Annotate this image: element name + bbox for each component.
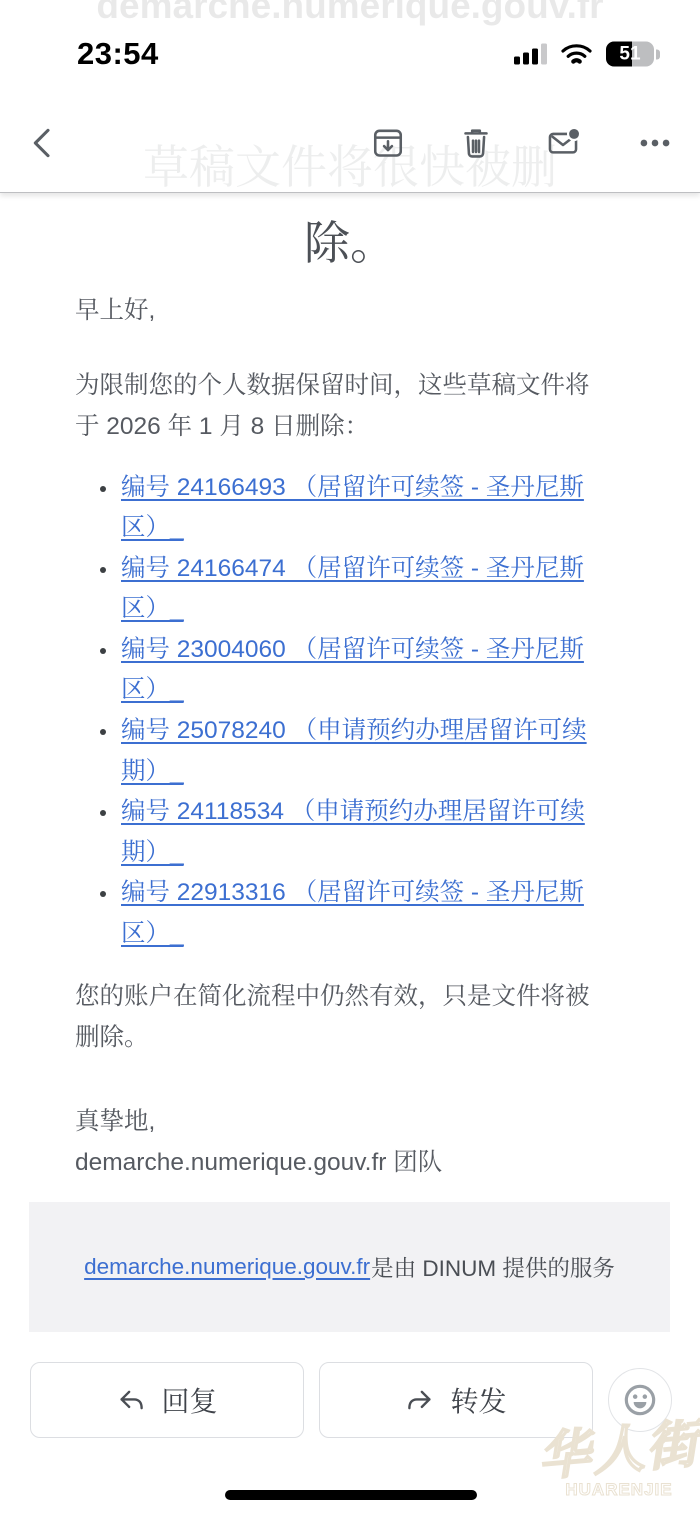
draft-list-item: 编号 24166474 （居留许可续签 - 圣丹尼斯区）_ xyxy=(119,549,605,630)
draft-list-item: 编号 22913316 （居留许可续签 - 圣丹尼斯区）_ xyxy=(119,873,605,954)
draft-list-item: 编号 23004060 （居留许可续签 - 圣丹尼斯区）_ xyxy=(119,630,605,711)
archive-button[interactable] xyxy=(370,125,406,161)
draft-list-item: 编号 24166493 （居留许可续签 - 圣丹尼斯区）_ xyxy=(119,468,605,549)
draft-list-item: 编号 24118534 （申请预约办理居留许可续期）_ xyxy=(119,792,605,873)
signoff-text: 真挚地, demarche.numerique.gouv.fr 团队 xyxy=(75,1101,605,1184)
service-footer-box: demarche.numerique.gouv.fr是由 DINUM 提供的服务 xyxy=(29,1202,670,1332)
reply-button[interactable]: 回复 xyxy=(30,1362,304,1438)
home-indicator[interactable] xyxy=(225,1490,477,1500)
email-body: 早上好, 为限制您的个人数据保留时间，这些草稿文件将于 2026 年 1 月 8… xyxy=(0,290,700,1184)
draft-link[interactable]: 编号 24166493 （居留许可续签 - 圣丹尼斯区）_ xyxy=(121,474,584,542)
forward-button[interactable]: 转发 xyxy=(319,1362,593,1438)
service-footer-text: 是由 DINUM 提供的服务 xyxy=(371,1251,615,1283)
email-content: demarche.numerique.gouv.fr 草稿文件将很快被删 除。 … xyxy=(0,0,700,1515)
subject-line-2: 除。 xyxy=(0,205,700,281)
wifi-icon xyxy=(560,42,593,66)
email-toolbar xyxy=(0,95,700,191)
smiley-icon xyxy=(620,1380,660,1420)
signoff-line: 真挚地, xyxy=(75,1108,155,1135)
mark-unread-button[interactable] xyxy=(545,125,581,161)
draft-list-item: 编号 25078240 （申请预约办理居留许可续期）_ xyxy=(119,711,605,792)
draft-link[interactable]: 编号 23004060 （居留许可续签 - 圣丹尼斯区）_ xyxy=(121,636,584,704)
cellular-signal-icon xyxy=(514,44,547,65)
battery-percent: 51 xyxy=(606,42,654,67)
status-icons: 51 xyxy=(514,42,660,67)
forward-button-label: 转发 xyxy=(450,1380,506,1420)
trash-button[interactable] xyxy=(458,125,494,161)
draft-link[interactable]: 编号 25078240 （申请预约办理居留许可续期）_ xyxy=(121,717,587,785)
greeting-text: 早上好, xyxy=(75,290,605,332)
forward-arrow-icon xyxy=(405,1385,435,1415)
status-time: 23:54 xyxy=(77,36,159,72)
draft-link[interactable]: 编号 24118534 （申请预约办理居留许可续期）_ xyxy=(121,798,585,866)
service-footer-link[interactable]: demarche.numerique.gouv.fr xyxy=(84,1254,370,1280)
email-view-screen: demarche.numerique.gouv.fr 草稿文件将很快被删 除。 … xyxy=(0,0,700,1515)
reply-button-label: 回复 xyxy=(161,1380,217,1420)
reply-arrow-icon xyxy=(116,1385,146,1415)
battery-nub xyxy=(656,49,660,59)
draft-link[interactable]: 编号 24166474 （居留许可续签 - 圣丹尼斯区）_ xyxy=(121,555,584,623)
draft-list: 编号 24166493 （居留许可续签 - 圣丹尼斯区）_ 编号 2416647… xyxy=(75,468,605,955)
emoji-reaction-button[interactable] xyxy=(608,1368,672,1432)
action-row: 回复 转发 xyxy=(30,1362,672,1438)
more-options-button[interactable] xyxy=(637,125,673,161)
battery-icon: 51 xyxy=(606,42,654,67)
status-bar: 23:54 51 xyxy=(0,28,700,80)
app-header: 23:54 51 xyxy=(0,0,700,193)
back-button[interactable] xyxy=(24,125,60,161)
account-note-text: 您的账户在简化流程中仍然有效，只是文件将被删除。 xyxy=(75,976,605,1059)
intro-text: 为限制您的个人数据保留时间，这些草稿文件将于 2026 年 1 月 8 日删除： xyxy=(75,365,605,448)
draft-link[interactable]: 编号 22913316 （居留许可续签 - 圣丹尼斯区）_ xyxy=(121,879,584,947)
team-line: demarche.numerique.gouv.fr 团队 xyxy=(75,1149,442,1176)
